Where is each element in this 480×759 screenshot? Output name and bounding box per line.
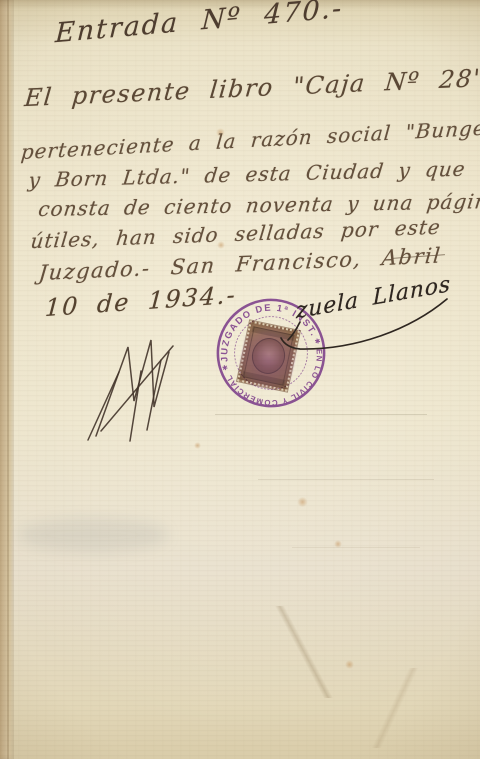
faint-ruled-line bbox=[258, 479, 434, 480]
foxing-spot bbox=[194, 442, 201, 449]
document-page: Entrada Nº 470.- El presente libro "Caja… bbox=[0, 0, 480, 759]
clerk-signature: zuela Llanos bbox=[296, 272, 451, 325]
rubric-flourish bbox=[147, 360, 161, 430]
rubric-flourish bbox=[101, 346, 173, 431]
rubric-flourish bbox=[96, 340, 169, 436]
manuscript-line: El presente libro "Caja Nº 28" bbox=[23, 64, 480, 112]
smudge-mark bbox=[18, 518, 168, 552]
stamp-separator-star: ✱ bbox=[221, 363, 229, 372]
faint-ruled-line bbox=[292, 547, 420, 548]
stamp-ring-text-bottom: EN LO CIVIL Y COMERCIAL bbox=[224, 347, 336, 420]
rubric-flourish bbox=[130, 371, 141, 441]
paper-crease bbox=[330, 668, 460, 748]
stamp-separator-star: ✱ bbox=[314, 337, 322, 346]
rubric-flourish bbox=[88, 372, 119, 440]
foxing-spot bbox=[334, 540, 342, 548]
manuscript-line: perteneciente a la razón social "Bunge bbox=[20, 116, 480, 165]
svg-text:EN LO CIVIL Y COMERCIAL: EN LO CIVIL Y COMERCIAL bbox=[224, 347, 336, 420]
foxing-spot bbox=[297, 497, 308, 507]
gutter-shadow-line bbox=[7, 0, 9, 759]
manuscript-line: y Born Ltda." de esta Ciudad y que bbox=[27, 157, 467, 193]
